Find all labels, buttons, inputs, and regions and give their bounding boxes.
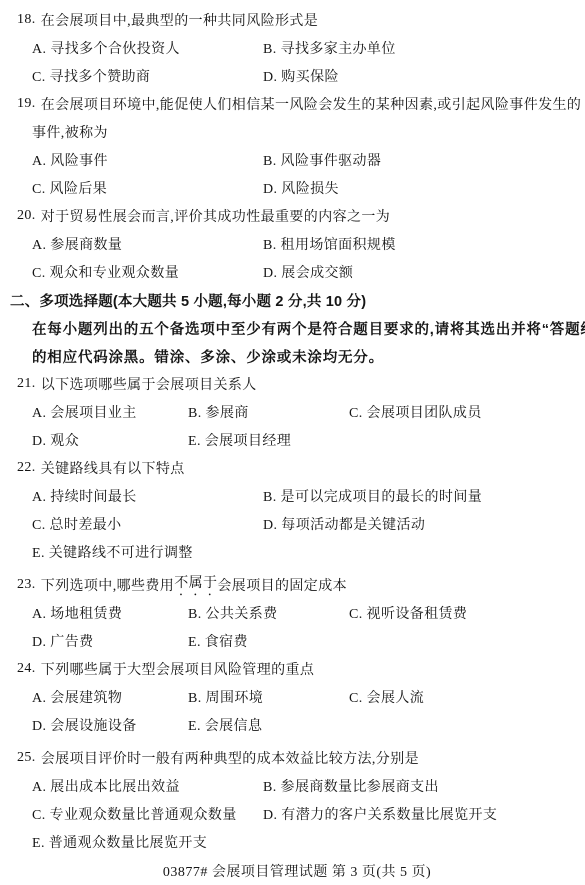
option-a: A. 风险事件 bbox=[32, 150, 263, 170]
question-18-options-row-2: C. 寻找多个赞助商 D. 购买保险 bbox=[32, 62, 577, 90]
option-d: D. 会展设施设备 bbox=[32, 715, 188, 735]
section-2-header: 二、多项选择题(本大题共 5 小题,每小题 2 分,共 10 分) 在每小题列出… bbox=[17, 286, 577, 370]
question-22-options-row-1: A. 持续时间最长 B. 是可以完成项目的最长的时间量 bbox=[32, 482, 577, 510]
exam-page: 18. 在会展项目中,最典型的一种共同风险形式是 A. 寻找多个合伙投资人 B.… bbox=[0, 0, 585, 885]
option-b: B. 寻找多家主办单位 bbox=[263, 38, 577, 58]
question-23-options-row-2: D. 广告费 E. 食宿费 bbox=[32, 627, 577, 655]
question-stem: 以下选项哪些属于会展项目关系人 bbox=[41, 374, 257, 394]
section-2-instruction-row-2: 的相应代码涂黑。错涂、多涂、少涂或未涂均无分。 bbox=[17, 342, 577, 370]
question-21: 21. 以下选项哪些属于会展项目关系人 A. 会展项目业主 B. 参展商 C. … bbox=[17, 370, 577, 454]
option-c: C. 专业观众数量比普通观众数量 bbox=[32, 804, 263, 824]
question-21-stem-row: 21. 以下选项哪些属于会展项目关系人 bbox=[17, 370, 577, 398]
section-instructions-continuation: 的相应代码涂黑。错涂、多涂、少涂或未涂均无分。 bbox=[32, 346, 384, 367]
question-19-options-row-2: C. 风险后果 D. 风险损失 bbox=[32, 174, 577, 202]
question-25-options-row-2: C. 专业观众数量比普通观众数量 D. 有潜力的客户关系数量比展览开支 bbox=[32, 800, 577, 828]
section-2-instruction-row-1: 在每小题列出的五个备选项中至少有两个是符合题目要求的,请将其选出并将“答题纸” bbox=[17, 314, 577, 342]
question-number: 24. bbox=[17, 661, 36, 677]
option-e: E. 食宿费 bbox=[188, 631, 349, 651]
question-number: 22. bbox=[17, 460, 36, 476]
option-d: D. 有潜力的客户关系数量比展览开支 bbox=[263, 804, 577, 824]
question-stem-pre: 下列选项中,哪些费用 bbox=[41, 575, 175, 595]
option-b: B. 是可以完成项目的最长的时间量 bbox=[263, 486, 577, 506]
question-number: 20. bbox=[17, 208, 36, 224]
question-stem: 下列哪些属于大型会展项目风险管理的重点 bbox=[41, 659, 315, 679]
question-19: 19. 在会展项目环境中,能促使人们相信某一风险会发生的某种因素,或引起风险事件… bbox=[17, 90, 577, 202]
option-c: C. 风险后果 bbox=[32, 178, 263, 198]
option-b: B. 公共关系费 bbox=[188, 603, 349, 623]
question-19-stem-row: 19. 在会展项目环境中,能促使人们相信某一风险会发生的某种因素,或引起风险事件… bbox=[17, 90, 577, 118]
question-stem-continuation: 事件,被称为 bbox=[32, 122, 108, 142]
question-number: 25. bbox=[17, 750, 36, 766]
option-e: E. 会展信息 bbox=[188, 715, 349, 735]
option-b: B. 租用场馆面积规模 bbox=[263, 234, 577, 254]
question-21-options-row-2: D. 观众 E. 会展项目经理 bbox=[32, 426, 577, 454]
question-21-options-row-1: A. 会展项目业主 B. 参展商 C. 会展项目团队成员 bbox=[32, 398, 577, 426]
question-stem: 对于贸易性展会而言,评价其成功性最重要的内容之一为 bbox=[41, 206, 391, 226]
question-22-stem-row: 22. 关键路线具有以下特点 bbox=[17, 454, 577, 482]
question-stem: 关键路线具有以下特点 bbox=[41, 458, 185, 478]
option-a: A. 会展项目业主 bbox=[32, 402, 188, 422]
question-stem-emphasized: 不属于 bbox=[174, 572, 217, 599]
question-20: 20. 对于贸易性展会而言,评价其成功性最重要的内容之一为 A. 参展商数量 B… bbox=[17, 202, 577, 286]
option-d: D. 观众 bbox=[32, 430, 188, 450]
question-18: 18. 在会展项目中,最典型的一种共同风险形式是 A. 寻找多个合伙投资人 B.… bbox=[17, 6, 577, 90]
option-e: E. 会展项目经理 bbox=[188, 430, 349, 450]
question-number: 23. bbox=[17, 577, 36, 593]
question-25-stem-row: 25. 会展项目评价时一般有两种典型的成本效益比较方法,分别是 bbox=[17, 744, 577, 772]
question-20-stem-row: 20. 对于贸易性展会而言,评价其成功性最重要的内容之一为 bbox=[17, 202, 577, 230]
option-a: A. 展出成本比展出效益 bbox=[32, 776, 263, 796]
option-c: C. 总时差最小 bbox=[32, 514, 263, 534]
option-c: C. 观众和专业观众数量 bbox=[32, 262, 263, 282]
question-stem: 在会展项目环境中,能促使人们相信某一风险会发生的某种因素,或引起风险事件发生的 bbox=[41, 94, 582, 114]
section-title: 二、多项选择题(本大题共 5 小题,每小题 2 分,共 10 分) bbox=[10, 290, 366, 311]
option-c: C. 视听设备租赁费 bbox=[349, 603, 577, 623]
option-b: B. 风险事件驱动器 bbox=[263, 150, 577, 170]
question-number: 19. bbox=[17, 96, 36, 112]
question-number: 18. bbox=[17, 12, 36, 28]
option-e: E. 普通观众数量比展览开支 bbox=[32, 832, 577, 852]
option-b: B. 周围环境 bbox=[188, 687, 349, 707]
question-23-options-row-1: A. 场地租赁费 B. 公共关系费 C. 视听设备租赁费 bbox=[32, 599, 577, 627]
question-18-stem-row: 18. 在会展项目中,最典型的一种共同风险形式是 bbox=[17, 6, 577, 34]
option-d: D. 购买保险 bbox=[263, 66, 577, 86]
option-e: E. 关键路线不可进行调整 bbox=[32, 542, 577, 562]
question-24-options-row-1: A. 会展建筑物 B. 周围环境 C. 会展人流 bbox=[32, 683, 577, 711]
option-a: A. 场地租赁费 bbox=[32, 603, 188, 623]
question-24: 24. 下列哪些属于大型会展项目风险管理的重点 A. 会展建筑物 B. 周围环境… bbox=[17, 655, 577, 739]
option-a: A. 寻找多个合伙投资人 bbox=[32, 38, 263, 58]
question-stem: 在会展项目中,最典型的一种共同风险形式是 bbox=[41, 10, 319, 30]
option-c: C. 会展人流 bbox=[349, 687, 577, 707]
option-a: A. 会展建筑物 bbox=[32, 687, 188, 707]
question-22-options-row-2: C. 总时差最小 D. 每项活动都是关键活动 bbox=[32, 510, 577, 538]
question-22: 22. 关键路线具有以下特点 A. 持续时间最长 B. 是可以完成项目的最长的时… bbox=[17, 454, 577, 566]
option-c: C. 会展项目团队成员 bbox=[349, 402, 577, 422]
question-24-options-row-2: D. 会展设施设备 E. 会展信息 bbox=[32, 711, 577, 739]
question-stem-post: 会展项目的固定成本 bbox=[217, 575, 347, 595]
question-25: 25. 会展项目评价时一般有两种典型的成本效益比较方法,分别是 A. 展出成本比… bbox=[17, 744, 577, 856]
footer-text: 03877# 会展项目管理试题 第 3 页(共 5 页) bbox=[163, 861, 431, 881]
option-a: A. 持续时间最长 bbox=[32, 486, 263, 506]
option-d: D. 展会成交额 bbox=[263, 262, 577, 282]
question-20-options-row-2: C. 观众和专业观众数量 D. 展会成交额 bbox=[32, 258, 577, 286]
question-number: 21. bbox=[17, 376, 36, 392]
option-a: A. 参展商数量 bbox=[32, 234, 263, 254]
question-19-stem-row-2: 事件,被称为 bbox=[32, 118, 577, 146]
question-23-stem-row: 23. 下列选项中,哪些费用不属于会展项目的固定成本 bbox=[17, 571, 577, 599]
question-22-options-row-3: E. 关键路线不可进行调整 bbox=[32, 538, 577, 566]
question-25-options-row-1: A. 展出成本比展出效益 B. 参展商数量比参展商支出 bbox=[32, 772, 577, 800]
question-20-options-row-1: A. 参展商数量 B. 租用场馆面积规模 bbox=[32, 230, 577, 258]
option-c: C. 寻找多个赞助商 bbox=[32, 66, 263, 86]
question-25-options-row-3: E. 普通观众数量比展览开支 bbox=[32, 828, 577, 856]
question-stem: 会展项目评价时一般有两种典型的成本效益比较方法,分别是 bbox=[41, 748, 419, 768]
section-2-title-row: 二、多项选择题(本大题共 5 小题,每小题 2 分,共 10 分) bbox=[17, 286, 577, 314]
question-18-options-row-1: A. 寻找多个合伙投资人 B. 寻找多家主办单位 bbox=[32, 34, 577, 62]
option-b: B. 参展商 bbox=[188, 402, 349, 422]
option-d: D. 广告费 bbox=[32, 631, 188, 651]
option-b: B. 参展商数量比参展商支出 bbox=[263, 776, 577, 796]
option-d: D. 每项活动都是关键活动 bbox=[263, 514, 577, 534]
page-footer: 03877# 会展项目管理试题 第 3 页(共 5 页) bbox=[17, 856, 577, 885]
question-24-stem-row: 24. 下列哪些属于大型会展项目风险管理的重点 bbox=[17, 655, 577, 683]
question-23: 23. 下列选项中,哪些费用不属于会展项目的固定成本 A. 场地租赁费 B. 公… bbox=[17, 571, 577, 655]
section-instructions: 在每小题列出的五个备选项中至少有两个是符合题目要求的,请将其选出并将“答题纸” bbox=[32, 318, 585, 339]
option-d: D. 风险损失 bbox=[263, 178, 577, 198]
question-19-options-row-1: A. 风险事件 B. 风险事件驱动器 bbox=[32, 146, 577, 174]
